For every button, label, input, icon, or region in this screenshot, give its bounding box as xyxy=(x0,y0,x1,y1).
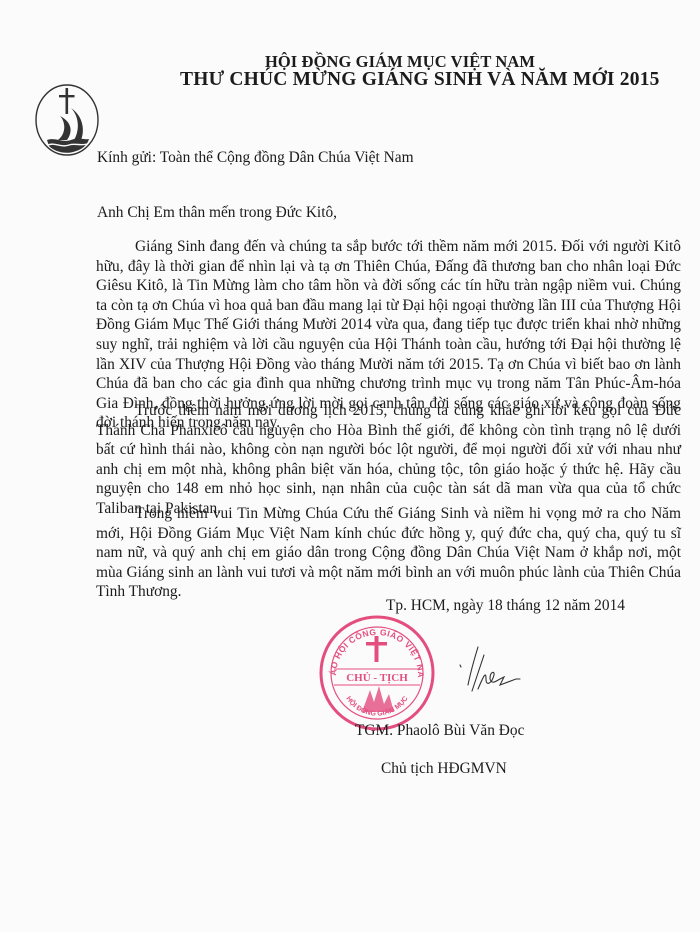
place-date: Tp. HCM, ngày 18 tháng 12 năm 2014 xyxy=(386,597,625,615)
letter-page: HỘI ĐỒNG GIÁM MỤC VIỆT NAM THƯ CHÚC MỪNG… xyxy=(0,0,700,932)
body-paragraph: Trước thềm năm mới dương lịch 2015, chún… xyxy=(96,401,681,519)
cross-boat-logo-icon xyxy=(33,82,101,158)
recipient-line: Kính gửi: Toàn thể Cộng đồng Dân Chúa Vi… xyxy=(97,149,414,167)
seal-center-text: CHỦ - TỊCH xyxy=(346,672,408,684)
letter-title: THƯ CHÚC MỪNG GIÁNG SINH VÀ NĂM MỚI 2015 xyxy=(180,69,620,91)
signer-name: TGM. Phaolô Bùi Văn Đọc xyxy=(355,722,524,740)
salutation: Anh Chị Em thân mến trong Đức Kitô, xyxy=(97,204,337,222)
body-paragraph: Trong niềm vui Tin Mừng Chúa Cứu thế Giá… xyxy=(96,504,681,602)
handwritten-signature xyxy=(456,645,522,697)
signer-role: Chủ tịch HĐGMVN xyxy=(381,760,507,778)
official-seal-stamp: GIÁO HỘI CÔNG GIÁO VIỆT NAM CHỦ - TỊCH H… xyxy=(318,614,436,732)
